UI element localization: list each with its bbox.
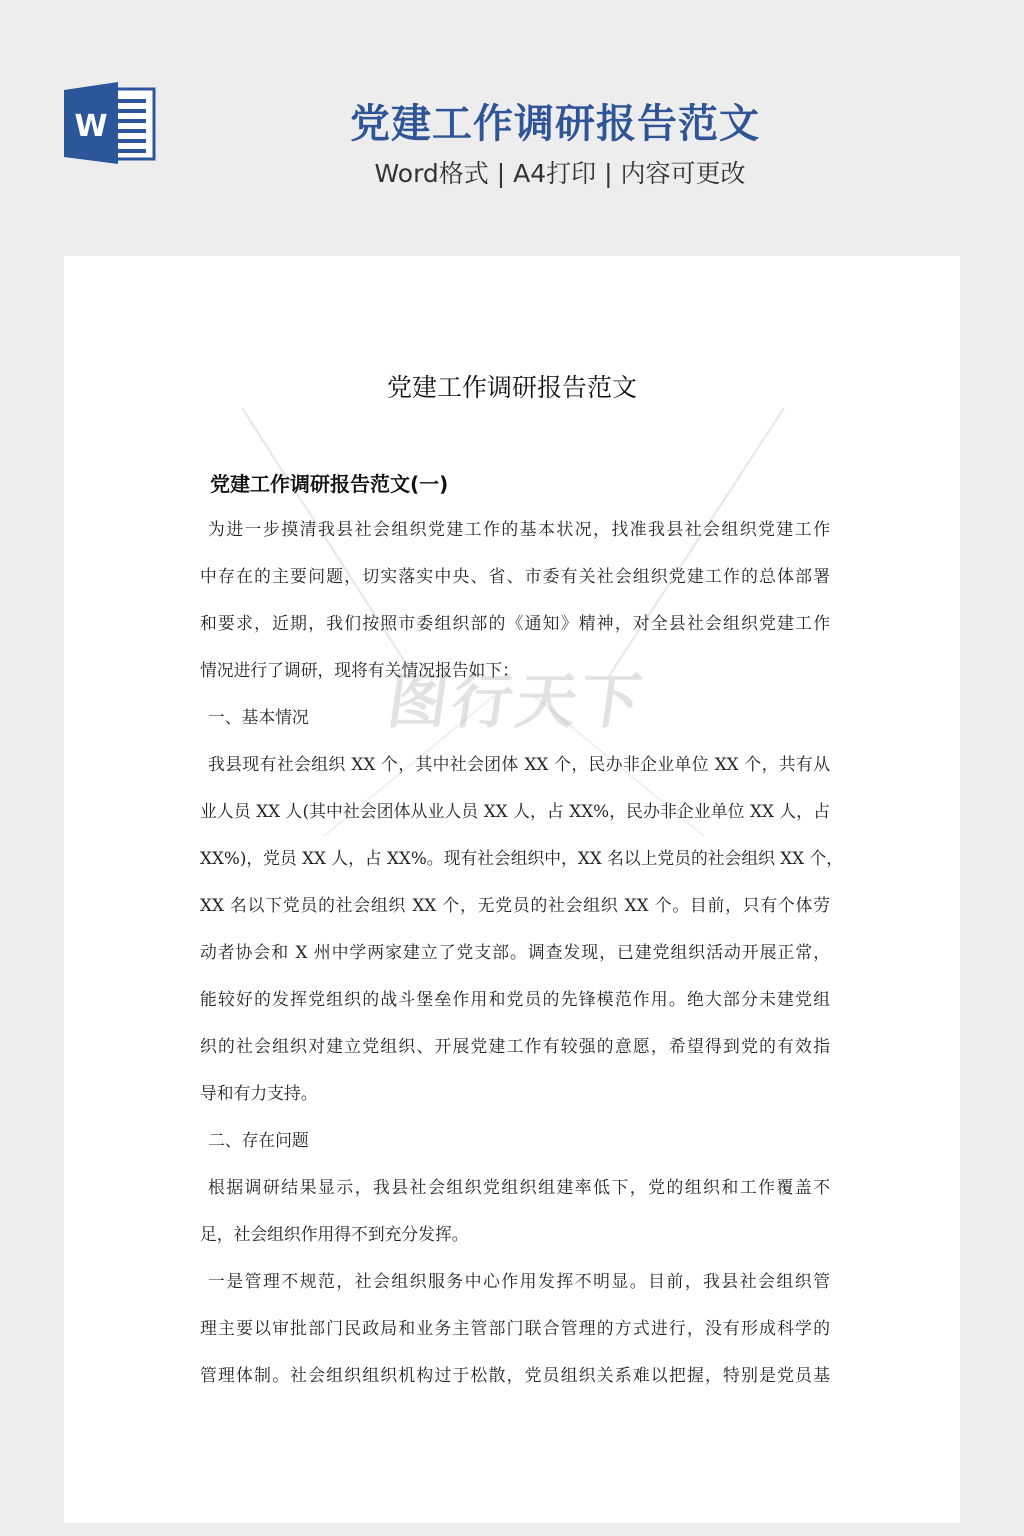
body-line: 根据调研结果显示，我县社会组织党组织组建率低下，党的组织和工作覆盖不	[200, 1169, 830, 1216]
body-line: 我县现有社会组织 XX 个，其中社会团体 XX 个，民办非企业单位 XX 个，共…	[200, 746, 830, 793]
header-title: 党建工作调研报告范文	[300, 92, 810, 149]
body-line: 为进一步摸清我县社会组织党建工作的基本状况，找准我县社会组织党建工作	[200, 511, 830, 558]
document-title: 党建工作调研报告范文	[64, 368, 960, 404]
document-page: 图行天下 党建工作调研报告范文 党建工作调研报告范文(一) 为进一步摸清我县社会…	[64, 256, 960, 1523]
body-line: 管理体制。社会组织组织机构过于松散，党员组织关系难以把握，特别是党员基	[200, 1357, 830, 1404]
body-line: 二、存在问题	[200, 1122, 830, 1169]
body-line: 能较好的发挥党组织的战斗堡垒作用和党员的先锋模范作用。绝大部分未建党组	[200, 981, 830, 1028]
body-line: 理主要以审批部门民政局和业务主管部门联合管理的方式进行，没有形成科学的	[200, 1310, 830, 1357]
svg-text:W: W	[74, 109, 107, 144]
body-line: 业人员 XX 人(其中社会团体从业人员 XX 人，占 XX%，民办非企业单位 X…	[200, 793, 830, 840]
body-line: XX%)，党员 XX 人，占 XX%。现有社会组织中，XX 名以上党员的社会组织…	[200, 840, 830, 887]
body-line: 一是管理不规范，社会组织服务中心作用发挥不明显。目前，我县社会组织管	[200, 1263, 830, 1310]
body-line: 一、基本情况	[200, 699, 830, 746]
body-line: 织的社会组织对建立党组织、开展党建工作有较强的意愿，希望得到党的有效指	[200, 1028, 830, 1075]
word-icon: W	[64, 82, 156, 164]
body-line: 中存在的主要问题，切实落实中央、省、市委有关社会组织党建工作的总体部署	[200, 558, 830, 605]
section-title: 党建工作调研报告范文(一)	[210, 468, 448, 497]
body-line: 动者协会和 X 州中学两家建立了党支部。调查发现，已建党组织活动开展正常，	[200, 934, 830, 981]
body-line: 足，社会组织作用得不到充分发挥。	[200, 1216, 830, 1263]
body-line: 和要求，近期，我们按照市委组织部的《通知》精神，对全县社会组织党建工作	[200, 605, 830, 652]
header-subtitle: Word格式 | A4打印 | 内容可更改	[300, 154, 820, 190]
document-body: 为进一步摸清我县社会组织党建工作的基本状况，找准我县社会组织党建工作中存在的主要…	[200, 511, 830, 1404]
body-line: XX 名以下党员的社会组织 XX 个，无党员的社会组织 XX 个。目前，只有个体…	[200, 887, 830, 934]
body-line: 情况进行了调研，现将有关情况报告如下：	[200, 652, 830, 699]
body-line: 导和有力支持。	[200, 1075, 830, 1122]
